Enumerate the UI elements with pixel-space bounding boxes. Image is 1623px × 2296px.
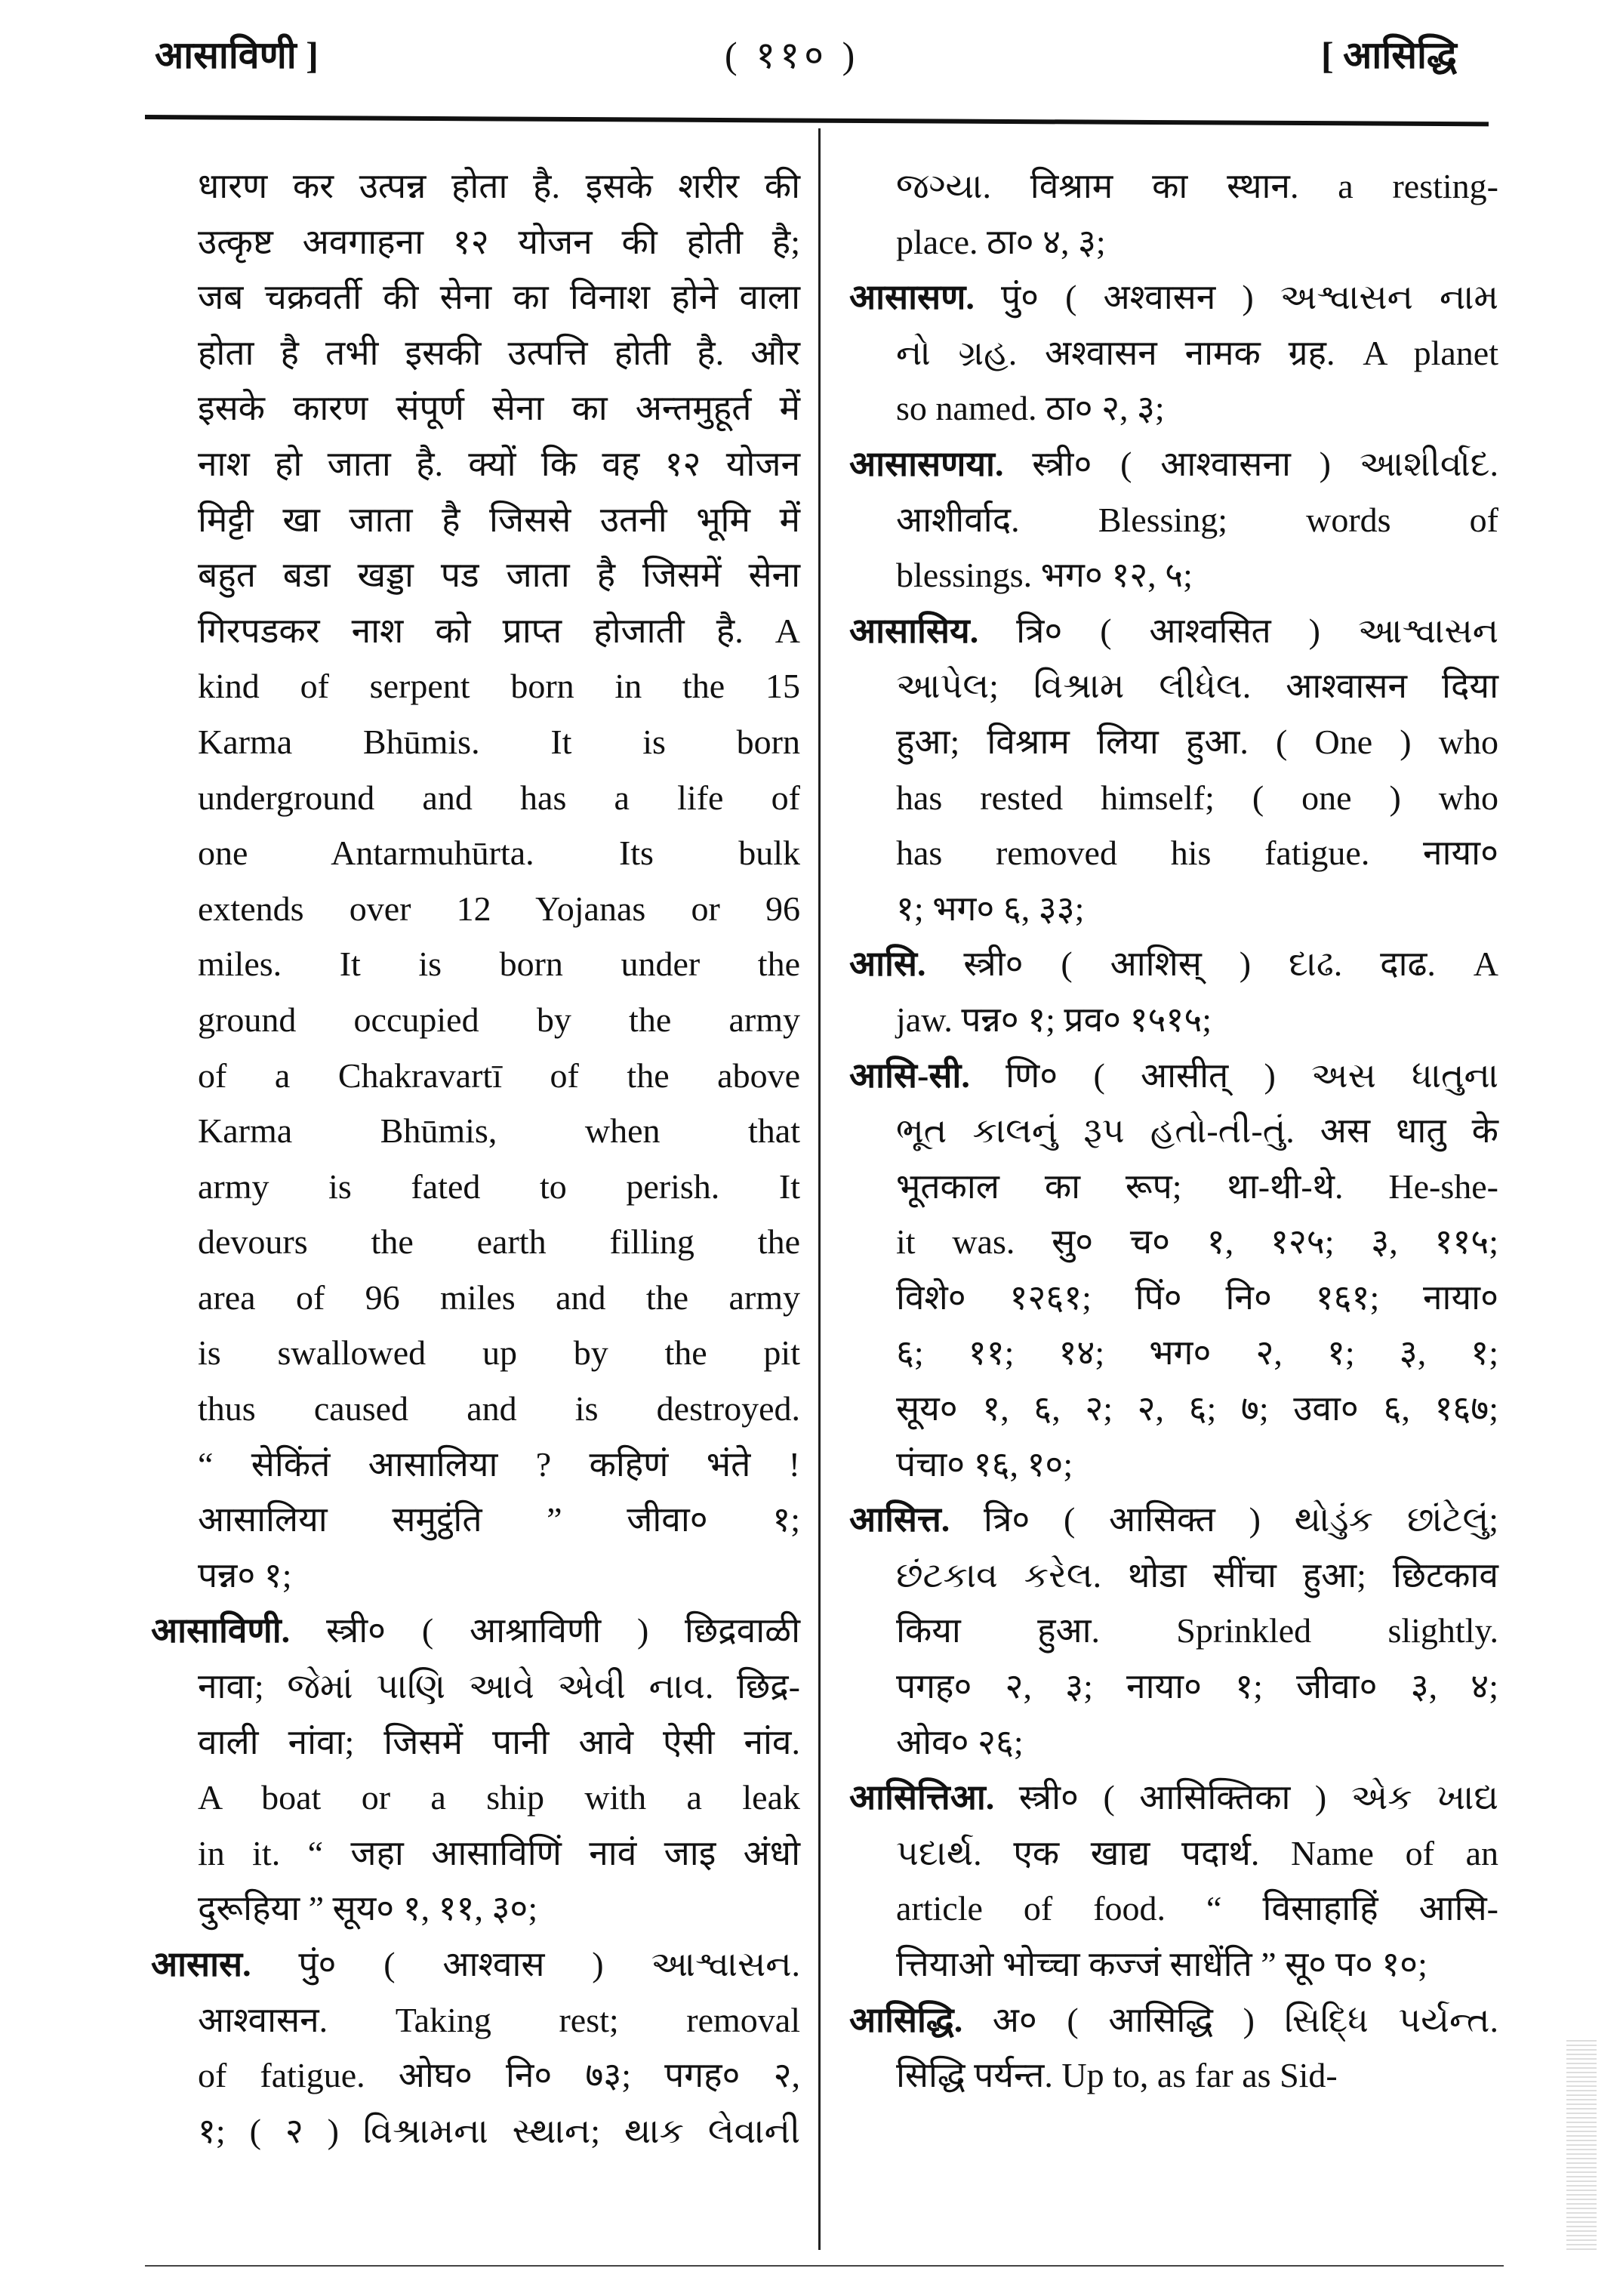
entry-headword: आसासणया.: [849, 445, 1003, 483]
entry-text-line: सूय० १, ६, २; २, ६; ७; उवा० ६, १६७;: [849, 1381, 1498, 1437]
entry-text: area of 96 miles and the army: [198, 1278, 800, 1317]
entry-text: blessings. भग० १२, ५;: [896, 556, 1193, 594]
entry-headword-line: आसि-सी. णि० ( आसीत् ) અસ ધાતુના: [849, 1048, 1498, 1104]
entry-text-line: has removed his fatigue. नाया०: [849, 825, 1498, 881]
entry-headword-line: आसित्तिआ. स्त्री० ( आसिक्तिका ) એક ખાદ્ય: [849, 1770, 1498, 1826]
entry-text-line: धारण कर उत्पन्न होता है. इसके शरीर की: [151, 159, 800, 214]
entry-text-line: kind of serpent born in the 15: [151, 658, 800, 714]
entry-text-line: in it. “ जहा आसाविणिं नावं जाइ अंधो: [151, 1826, 800, 1881]
entry-headword-line: आसिद्धि. अ० ( आसिद्धि ) સિદ્ધિ પર્યન્ત.: [849, 1992, 1498, 2048]
entry-text: सूय० १, ६, २; २, ६; ७; उवा० ६, १६७;: [896, 1389, 1498, 1428]
left-column: धारण कर उत्पन्न होता है. इसके शरीर कीउत्…: [151, 159, 800, 2159]
entry-text-line: जब चक्रवर्ती की सेना का विनाश होने वाला: [151, 270, 800, 325]
entry-text: धारण कर उत्पन्न होता है. इसके शरीर की: [198, 167, 800, 205]
entry-text-line: devours the earth filling the: [151, 1214, 800, 1270]
entry-text: पगह० २, ३; नाया० १; जीवा० ३, ४;: [896, 1667, 1498, 1706]
entry-text: is swallowed up by the pit: [198, 1333, 800, 1372]
scan-artifact: [1566, 2039, 1597, 2250]
entry-headword-line: आसासण. पुं० ( अश्वासन ) અશ્વાસન નામ: [849, 270, 1498, 325]
entry-text: place. ठा० ४, ३;: [896, 223, 1106, 261]
entry-text-line: उत्कृष्ट अवगाहना १२ योजन की होती है;: [151, 214, 800, 270]
entry-text: of a Chakravartī of the above: [198, 1056, 800, 1095]
entry-headword: आसिद्धि.: [849, 2001, 962, 2039]
entry-text-line: miles. It is born under the: [151, 936, 800, 992]
entry-text: ભૂત કાલનું રૂપ હતો-તી-તું. अस धातु के: [896, 1111, 1498, 1150]
entry-text-line: has rested himself; ( one ) who: [849, 770, 1498, 826]
entry-text: मिट्टी खा जाता है जिससे उतनी भूमि में: [198, 501, 800, 539]
entry-text: underground and has a life of: [198, 778, 800, 817]
entry-text: जब चक्रवर्ती की सेना का विनाश होने वाला: [198, 278, 800, 316]
entry-text-line: नावा; જેમાં પાણિ આવે એવી નાવ. छिद्र-: [151, 1659, 800, 1715]
entry-headword: आसासिय.: [849, 612, 978, 650]
entry-text: उत्कृष्ट अवगाहना १२ योजन की होती है;: [198, 223, 800, 261]
entry-text: of fatigue. ओघ० नि० ७३; पगह० २,: [198, 2056, 800, 2094]
entry-text-line: A boat or a ship with a leak: [151, 1770, 800, 1826]
entry-text: त्रि० ( आश्वसित ) આશ્વાસન: [1016, 612, 1498, 650]
entry-text-line: નો ગ્રહ. अश्वासन नामक ग्रह. A planet: [849, 325, 1498, 381]
entry-text-line: पगह० २, ३; नाया० १; जीवा० ३, ४;: [849, 1659, 1498, 1715]
entry-text-line: १; भग० ६, ३३;: [849, 881, 1498, 937]
entry-text: विशे० १२६१; पिं० नि० १६१; नाया०: [896, 1278, 1498, 1317]
entry-text: Karma Bhūmis. It is born: [198, 723, 800, 761]
entry-text-line: गिरपडकर नाश को प्राप्त होजाती है. A: [151, 603, 800, 659]
entry-text: स्त्री० ( आश्राविणी ) छिद्रवाळी: [326, 1611, 800, 1650]
entry-text-line: underground and has a life of: [151, 770, 800, 826]
entry-text-line: article of food. “ विसाहाहिं आसि-: [849, 1881, 1498, 1937]
entry-text: article of food. “ विसाहाहिं आसि-: [896, 1889, 1498, 1928]
entry-text: गिरपडकर नाश को प्राप्त होजाती है. A: [198, 612, 800, 650]
entry-text: पुं० ( अश्वासन ) અશ્વાસન નામ: [1001, 278, 1498, 316]
entry-text: ओव० २६;: [896, 1723, 1024, 1761]
entry-text: सिद्धि पर्यन्त. Up to, as far as Sid-: [896, 2056, 1338, 2094]
entry-text: devours the earth filling the: [198, 1222, 800, 1261]
entry-text: has removed his fatigue. नाया०: [896, 834, 1498, 872]
footer-rule: [145, 2265, 1504, 2267]
entry-text: १; भग० ६, ३३;: [896, 889, 1084, 928]
entry-text-line: सिद्धि पर्यन्त. Up to, as far as Sid-: [849, 2048, 1498, 2103]
entry-headword: आसित्तिआ.: [849, 1778, 994, 1817]
entry-headword-line: आसासणया. स्त्री० ( आश्वासना ) આશીર્વાદ.: [849, 436, 1498, 492]
entry-text: kind of serpent born in the 15: [198, 667, 800, 705]
entry-headword-line: आसित्त. त्रि० ( आसिक्त ) થોડુંક છાંટેલું…: [849, 1492, 1498, 1548]
entry-text: આપેલ; વિશ્રામ લીધેલ. आश्वासन दिया: [896, 667, 1498, 705]
entry-text-line: પદાર્થ. एक खाद्य पदार्थ. Name of an: [849, 1826, 1498, 1881]
entry-text-line: ओव० २६;: [849, 1715, 1498, 1771]
entry-text: पन्न० १;: [198, 1556, 291, 1595]
entry-text: ६; ११; १४; भग० २, १; ३, १;: [896, 1333, 1498, 1372]
entry-text: बहुत बडा खड्डा पड जाता है जिसमें सेना: [198, 556, 800, 594]
entry-text: has rested himself; ( one ) who: [896, 778, 1498, 817]
entry-text-line: army is fated to perish. It: [151, 1159, 800, 1215]
entry-headword: आसित्त.: [849, 1500, 950, 1539]
entry-text: १; ( २ ) વિશ્રામના સ્થાન; થાક લેવાની: [198, 2112, 800, 2150]
entry-text: स्त्री० ( आश्वासना ) આશીર્વાદ.: [1032, 445, 1498, 483]
entry-headword: आसास.: [151, 1945, 251, 1983]
entry-text: हुआ; विश्राम लिया हुआ. ( One ) who: [896, 723, 1498, 761]
entry-text-line: area of 96 miles and the army: [151, 1270, 800, 1326]
entry-text-line: of fatigue. ओघ० नि० ७३; पगह० २,: [151, 2048, 800, 2103]
entry-text-line: jaw. पन्न० १; प्रव० १५१५;: [849, 992, 1498, 1048]
entry-text-line: blessings. भग० १२, ५;: [849, 547, 1498, 603]
entry-text: in it. “ जहा आसाविणिं नावं जाइ अंधो: [198, 1834, 800, 1872]
entry-text-line: ભૂત કાલનું રૂપ હતો-તી-તું. अस धातु के: [849, 1103, 1498, 1159]
entry-text: पंचा० १६, १०;: [896, 1445, 1073, 1484]
entry-text: वाली नांवा; जिसमें पानी आवे ऐसी नांव.: [198, 1723, 800, 1761]
entry-text-line: हुआ; विश्राम लिया हुआ. ( One ) who: [849, 714, 1498, 770]
entry-text: णि० ( आसीत् ) અસ ધાતુના: [1006, 1056, 1498, 1095]
entry-text-line: किया हुआ. Sprinkled slightly.: [849, 1603, 1498, 1659]
entry-headword-line: आसास. पुं० ( आश्वास ) આશ્વાસન.: [151, 1937, 800, 1992]
entry-text: it was. सु० च० १, १२५; ३, ११५;: [896, 1222, 1498, 1261]
entry-text: स्त्री० ( आसिक्तिका ) એક ખાદ્ય: [1019, 1778, 1498, 1817]
entry-text-line: वाली नांवा; जिसमें पानी आवे ऐसी नांव.: [151, 1715, 800, 1771]
entry-text-line: बहुत बडा खड्डा पड जाता है जिसमें सेना: [151, 547, 800, 603]
page-number: ( ११० ): [725, 29, 859, 82]
entry-text: त्रि० ( आसिक्त ) થોડુંક છાંટેલું;: [984, 1500, 1498, 1539]
entry-headword-line: आसि. स्त्री० ( आशिस् ) દાઢ. दाढ. A: [849, 936, 1498, 992]
entry-text-line: पंचा० १६, १०;: [849, 1437, 1498, 1493]
entry-text-line: thus caused and is destroyed.: [151, 1381, 800, 1437]
entry-text-line: भूतकाल का रूप; था-थी-थे. He-she-: [849, 1159, 1498, 1215]
entry-text: दुरूहिया ” सूय० १, ११, ३०;: [198, 1889, 537, 1928]
entry-text-line: of a Chakravartī of the above: [151, 1048, 800, 1104]
left-guide-word: आसाविणी ]: [155, 29, 319, 82]
entry-text: thus caused and is destroyed.: [198, 1389, 800, 1428]
entry-text-line: it was. सु० च० १, १२५; ३, ११५;: [849, 1214, 1498, 1270]
entry-text: A boat or a ship with a leak: [198, 1778, 800, 1817]
entry-text-line: “ सेकिंतं आसालिया ? कहिणं भंते !: [151, 1437, 800, 1493]
entry-text-line: આપેલ; વિશ્રામ લીધેલ. आश्वासन दिया: [849, 658, 1498, 714]
entry-text: स्त्री० ( आशिस् ) દાઢ. दाढ. A: [963, 945, 1498, 983]
entry-text: નો ગ્રહ. अश्वासन नामक ग्रह. A planet: [896, 334, 1498, 372]
entry-headword: आसि-सी.: [849, 1056, 970, 1095]
entry-text: अ० ( आसिद्धि ) સિદ્ધિ પર્યન્ત.: [993, 2001, 1498, 2039]
entry-text-line: आशीर्वाद. Blessing; words of: [849, 492, 1498, 548]
entry-text-line: आश्वासन. Taking rest; removal: [151, 1992, 800, 2048]
entry-text-line: one Antarmuhūrta. Its bulk: [151, 825, 800, 881]
entry-text-line: इसके कारण संपूर्ण सेना का अन्तमुहूर्त मे…: [151, 381, 800, 436]
entry-text-line: છંટકાવ કરેલ. थोडा सींचा हुआ; छिटकाव: [849, 1548, 1498, 1604]
entry-text: extends over 12 Yojanas or 96: [198, 889, 800, 928]
entry-text: jaw. पन्न० १; प्रव० १५१५;: [896, 1000, 1212, 1039]
entry-text: त्तियाओ भोच्चा कज्जं साधेंति ” सू० प० १०…: [896, 1945, 1427, 1983]
entry-text: જગ્યા. विश्राम का स्थान. a resting-: [896, 167, 1498, 205]
entry-headword: आसाविणी.: [151, 1611, 290, 1650]
entry-text: army is fated to perish. It: [198, 1167, 800, 1206]
entry-text: भूतकाल का रूप; था-थी-थे. He-she-: [896, 1167, 1498, 1206]
entry-text: पुं० ( आश्वास ) આશ્વાસન.: [298, 1945, 800, 1983]
entry-text: Karma Bhūmis, when that: [198, 1111, 800, 1150]
entry-text: होता है तभी इसकी उत्पत्ति होती है. और: [198, 334, 800, 372]
entry-text-line: is swallowed up by the pit: [151, 1325, 800, 1381]
entry-text: miles. It is born under the: [198, 945, 800, 983]
right-guide-word: [ आसिद्धि: [1321, 29, 1457, 82]
entry-headword-line: आसाविणी. स्त्री० ( आश्राविणी ) छिद्रवाळी: [151, 1603, 800, 1659]
right-column: જગ્યા. विश्राम का स्थान. a resting-place…: [849, 159, 1498, 2103]
entry-text-line: १; ( २ ) વિશ્રામના સ્થાન; થાક લેવાની: [151, 2103, 800, 2159]
entry-text-line: so named. ठा० २, ३;: [849, 381, 1498, 436]
entry-text-line: होता है तभी इसकी उत्पत्ति होती है. और: [151, 325, 800, 381]
entry-text-line: ६; ११; १४; भग० २, १; ३, १;: [849, 1325, 1498, 1381]
entry-text-line: place. ठा० ४, ३;: [849, 214, 1498, 270]
entry-text: ground occupied by the army: [198, 1000, 800, 1039]
entry-text-line: मिट्टी खा जाता है जिससे उतनी भूमि में: [151, 492, 800, 548]
entry-text: one Antarmuhūrta. Its bulk: [198, 834, 800, 872]
column-divider: [818, 128, 821, 2250]
entry-text: so named. ठा० २, ३;: [896, 389, 1165, 427]
entry-headword: आसि.: [849, 945, 926, 983]
entry-text-line: आसालिया समुट्ठंति ” जीवा० १;: [151, 1492, 800, 1548]
entry-text-line: नाश हो जाता है. क्यों कि वह १२ योजन: [151, 436, 800, 492]
entry-text: “ सेकिंतं आसालिया ? कहिणं भंते !: [198, 1445, 800, 1484]
dictionary-page: आसाविणी ] ( ११० ) [ आसिद्धि धारण कर उत्प…: [0, 0, 1623, 2296]
entry-headword-line: आसासिय. त्रि० ( आश्वसित ) આશ્વાસન: [849, 603, 1498, 659]
header-rule: [145, 115, 1489, 126]
entry-text-line: दुरूहिया ” सूय० १, ११, ३०;: [151, 1881, 800, 1937]
entry-text-line: Karma Bhūmis, when that: [151, 1103, 800, 1159]
entry-text: आशीर्वाद. Blessing; words of: [896, 501, 1498, 539]
entry-text: किया हुआ. Sprinkled slightly.: [896, 1611, 1498, 1650]
entry-text: છંટકાવ કરેલ. थोडा सींचा हुआ; छिटकाव: [896, 1556, 1498, 1595]
entry-text-line: त्तियाओ भोच्चा कज्जं साधेंति ” सू० प० १०…: [849, 1937, 1498, 1992]
entry-text: आश्वासन. Taking rest; removal: [198, 2001, 800, 2039]
entry-text: नावा; જેમાં પાણિ આવે એવી નાવ. छिद्र-: [198, 1667, 800, 1706]
entry-text-line: Karma Bhūmis. It is born: [151, 714, 800, 770]
entry-text-line: ground occupied by the army: [151, 992, 800, 1048]
entry-text-line: જગ્યા. विश्राम का स्थान. a resting-: [849, 159, 1498, 214]
entry-text-line: विशे० १२६१; पिं० नि० १६१; नाया०: [849, 1270, 1498, 1326]
entry-text: नाश हो जाता है. क्यों कि वह १२ योजन: [198, 445, 800, 483]
entry-text: પદાર્થ. एक खाद्य पदार्थ. Name of an: [896, 1834, 1498, 1872]
entry-text-line: extends over 12 Yojanas or 96: [151, 881, 800, 937]
entry-text: इसके कारण संपूर्ण सेना का अन्तमुहूर्त मे…: [198, 389, 800, 427]
entry-text: आसालिया समुट्ठंति ” जीवा० १;: [198, 1500, 800, 1539]
entry-headword: आसासण.: [849, 278, 975, 316]
entry-text-line: पन्न० १;: [151, 1548, 800, 1604]
